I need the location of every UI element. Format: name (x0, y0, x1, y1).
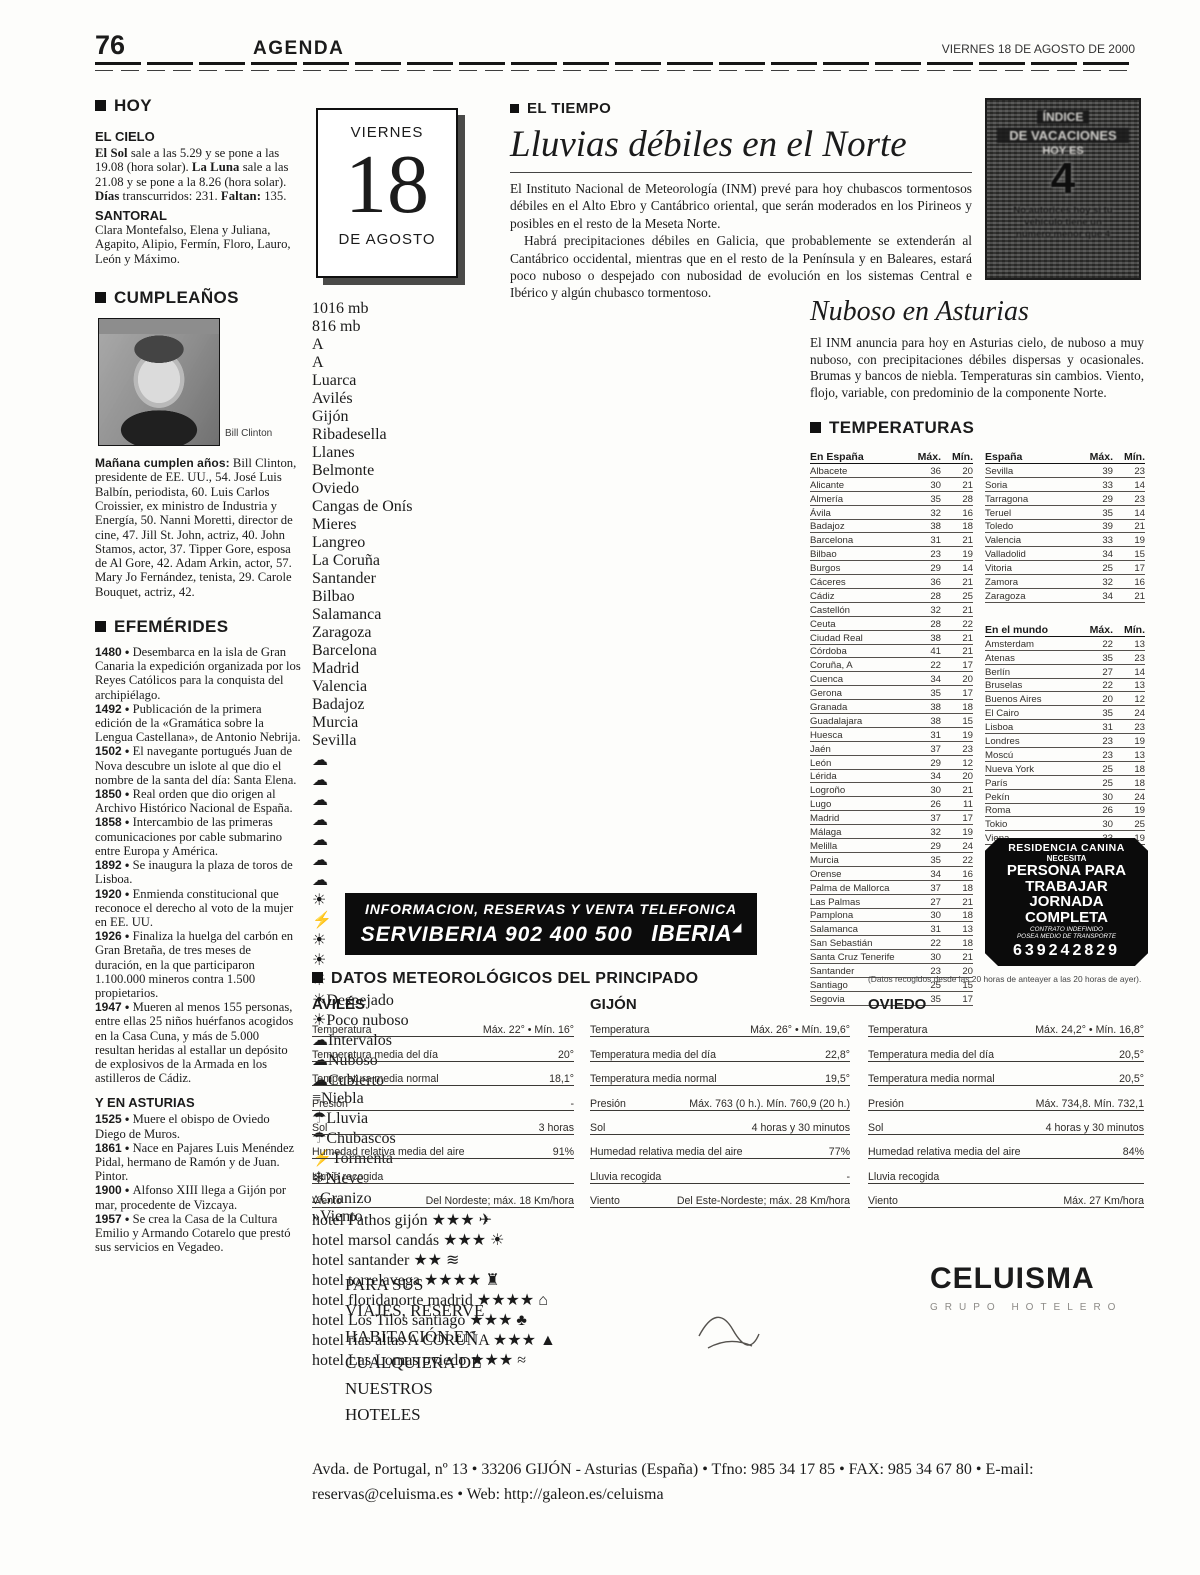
datos-row: Sol3 horas (312, 1111, 574, 1135)
temp-row: Lisboa3123 (985, 720, 1145, 734)
hoy-header: HOY (95, 96, 301, 116)
datos-note: (Datos recogidos desde las 20 horas de a… (868, 974, 1144, 984)
datos-row: Temperatura media del día20,5° (868, 1037, 1144, 1061)
map-city-label: Cangas de Onís (312, 498, 790, 516)
newspaper-page: 76 AGENDA VIERNES 18 DE AGOSTO DE 2000 H… (0, 0, 1200, 1575)
datos-row: Humedad relativa media del aire84% (868, 1135, 1144, 1159)
hotel-city: candás (396, 1232, 440, 1249)
hotel-stars: ★★★ (432, 1212, 475, 1229)
section-square-icon (312, 972, 323, 983)
canina-phone: 639242829 (985, 942, 1148, 960)
map-city-label: Oviedo (312, 480, 790, 498)
temp-row: Roma2619 (985, 804, 1145, 818)
map-city-label: Ribadesella (312, 426, 790, 444)
temp-row: Toledo3921 (985, 520, 1145, 534)
map-city-label: Llanes (312, 444, 790, 462)
hotel-ad-slogan-box: PARA SUS VIAJES, RESERVE HABITACIÓN EN C… (345, 1260, 583, 1438)
temp-row: Cuenca3420 (810, 672, 973, 686)
efemerides-item: 1892Se inaugura la plaza de toros de Lis… (95, 858, 301, 886)
weather-symbol-icon: ☁ (312, 810, 790, 830)
temp-row: Cádiz2825 (810, 589, 973, 603)
cumpleanos-photo-block: Bill Clinton (95, 318, 301, 456)
cumpleanos-lead: Mañana cumplen años: (95, 456, 230, 470)
datos-row: Sol4 horas y 30 minutos (868, 1111, 1144, 1135)
temp-row: Santa Cruz Tenerife3021 (810, 950, 973, 964)
hotel-logo-icon: ✈ (479, 1212, 492, 1229)
page-number: 76 (95, 30, 125, 61)
celuisma-logo-box: CELUISMA GRUPO HOTELERO (930, 1234, 1132, 1420)
temp-row: Nueva York2518 (985, 762, 1145, 776)
alert-footer-1: No autorices hoy si tu (987, 205, 1139, 217)
map-city-label: Langreo (312, 534, 790, 552)
map-city-label: Badajoz (312, 696, 790, 714)
efemerides-item: 1957Se crea la Casa de la Cultura Emilio… (95, 1212, 301, 1255)
map-city-label: Valencia (312, 678, 790, 696)
alert-box: ÍNDICE DE VACACIONES HOY ES 4 No autoric… (985, 98, 1141, 280)
datos-row: Temperatura media del día22,8° (590, 1037, 850, 1061)
section-square-icon (95, 100, 106, 111)
temp-row: Las Palmas2721 (810, 895, 973, 909)
nuboso-body: El INM anuncia para hoy en Asturias ciel… (810, 335, 1144, 401)
map-city-label: Mieres (312, 516, 790, 534)
asturias-list: 1525Muere el obispo de Oviedo Diego de M… (95, 1112, 301, 1254)
temp-row: Jaén3723 (810, 742, 973, 756)
efemerides-item: 1947Mueren al menos 155 personas, entre … (95, 1000, 301, 1085)
temp-row: Gerona3517 (810, 686, 973, 700)
efemerides-item: 1850Real orden que dio origen al Archivo… (95, 787, 301, 815)
map-city-label: Bilbao (312, 588, 790, 606)
tiempo-p1: El Instituto Nacional de Meteorología (I… (510, 172, 972, 232)
canina-ad: RESIDENCIA CANINA NECESITA PERSONA PARA … (985, 838, 1148, 966)
iberia-logo: IBERIA (651, 920, 732, 946)
map-city-label: Sevilla (312, 732, 790, 750)
datos-row: TemperaturaMáx. 26° • Mín. 19,6° (590, 1013, 850, 1037)
temp-table-espana-1: En EspañaMáx.Mín. Albacete3620Alicante30… (810, 448, 973, 1006)
temp-row: Tarragona2923 (985, 492, 1145, 506)
slogan-line: HABITACIÓN EN (345, 1324, 583, 1350)
map-city-label: Luarca (312, 372, 790, 390)
map-city-label: Santander (312, 570, 790, 588)
temp-row: Teruel3514 (985, 506, 1145, 520)
map-city-label: Salamanca (312, 606, 790, 624)
section-square-icon (510, 104, 519, 113)
header-rule-2 (95, 70, 1135, 71)
temp-row: Salamanca3113 (810, 922, 973, 936)
temp-row: Badajoz3818 (810, 520, 973, 534)
bill-clinton-photo (98, 318, 220, 446)
temp-row: Orense3416 (810, 867, 973, 881)
temp-row: Guadalajara3815 (810, 714, 973, 728)
tiempo-p2: Habrá precipitaciones débiles en Galicia… (510, 232, 972, 302)
temp-row: Melilla2924 (810, 839, 973, 853)
temp-row: Córdoba4121 (810, 645, 973, 659)
station-name: AVILÉS (312, 996, 574, 1013)
efemerides-list: 1480Desembarca en la isla de Gran Canari… (95, 645, 301, 1085)
isobar-label: 1016 mb (312, 300, 790, 318)
map-city-label: Avilés (312, 390, 790, 408)
temp-row: Murcia3522 (810, 853, 973, 867)
efemerides-item: 1525Muere el obispo de Oviedo Diego de M… (95, 1112, 301, 1140)
temp-row: Lugo2611 (810, 797, 973, 811)
datos-row: PresiónMáx. 763 (0 h.). Mín. 760,9 (20 h… (590, 1086, 850, 1110)
nuboso-headline: Nuboso en Asturias (810, 296, 1144, 328)
hotel-logo-icon: ☀ (490, 1232, 504, 1249)
canina-small2: POSEA MEDIO DE (1017, 933, 1071, 940)
left-column: HOY EL CIELO El Sol sale a las 5.29 y se… (95, 96, 301, 1254)
hotel-name: Pathos (348, 1212, 391, 1229)
datos-row: VientoDel Nordeste; máx. 18 Km/hora (312, 1184, 574, 1208)
temp-row: Pamplona3018 (810, 909, 973, 923)
temp-row: Castellón3221 (810, 603, 973, 617)
cumpleanos-header: CUMPLEAÑOS (95, 288, 301, 308)
datos-header: DATOS METEOROLÓGICOS DEL PRINCIPADO (312, 970, 699, 988)
temp-row: Pekín3024 (985, 790, 1145, 804)
station-name: GIJÓN (590, 996, 850, 1013)
efemerides-item: 1920Enmienda constitucional que reconoce… (95, 887, 301, 930)
temp-table-head: EspañaMáx.Mín. (985, 448, 1145, 464)
section-square-icon (810, 422, 821, 433)
temp-row: Ceuta2822 (810, 617, 973, 631)
slogan-line: NUESTROS (345, 1376, 583, 1402)
efemerides-item: 1900Alfonso XIII llega a Gijón por mar, … (95, 1183, 301, 1211)
celuisma-brand: CELUISMA (930, 1262, 1132, 1296)
isobar-label: 816 mb (312, 318, 790, 336)
calendar-day: 18 (318, 143, 456, 227)
canina-line3: PERSONA PARA (985, 863, 1148, 879)
temp-row: León2912 (810, 756, 973, 770)
datos-row: Lluvia recogida (868, 1159, 1144, 1183)
alert-line2: DE VACACIONES (997, 128, 1129, 143)
canina-small1: CONTRATO INDEFINIDO (1030, 926, 1103, 933)
temp-row: Granada3818 (810, 700, 973, 714)
map-city-label: Gijón (312, 408, 790, 426)
weather-symbol-icon: ☁ (312, 850, 790, 870)
temp-row: Londres2319 (985, 734, 1145, 748)
datos-row: Lluvia recogida (312, 1159, 574, 1183)
weather-symbol-icon: ☁ (312, 790, 790, 810)
efemerides-item: 1492Publicación de la primera edición de… (95, 702, 301, 745)
efemerides-item: 1861Nace en Pajares Luis Menéndez Pidal,… (95, 1141, 301, 1184)
datos-row: Temperatura media del día20° (312, 1037, 574, 1061)
temp-row: Vitoria2517 (985, 561, 1145, 575)
datos-row: VientoMáx. 27 Km/hora (868, 1184, 1144, 1208)
temp-row: Logroño3021 (810, 783, 973, 797)
anticyclone-label: A (312, 336, 790, 354)
datos-row: Humedad relativa media del aire91% (312, 1135, 574, 1159)
iberia-phone: SERVIBERIA 902 400 500 (361, 923, 633, 946)
temp-row: San Sebastián2218 (810, 936, 973, 950)
datos-oviedo: OVIEDO TemperaturaMáx. 24,2° • Mín. 16,8… (868, 996, 1144, 1208)
datos-row: Sol4 horas y 30 minutos (590, 1111, 850, 1135)
cumpleanos-text: Mañana cumplen años: Bill Clinton, presi… (95, 456, 301, 599)
cielo-text: El Sol sale a las 5.29 y se pone a las 1… (95, 146, 301, 203)
canina-line5: JORNADA (985, 894, 1148, 910)
cielo-subhead: EL CIELO (95, 129, 301, 144)
section-square-icon (95, 621, 106, 632)
tiempo-headline: Lluvias débiles en el Norte (510, 123, 972, 166)
temperaturas-header: TEMPERATURAS (810, 418, 974, 438)
slogan-line: CUALQUIERA DE (345, 1350, 583, 1376)
datos-row: PresiónMáx. 734,8. Mín. 732,1 (868, 1086, 1144, 1110)
section-square-icon (95, 292, 106, 303)
temp-table-head: En EspañaMáx.Mín. (810, 448, 973, 464)
temp-row: Ciudad Real3821 (810, 631, 973, 645)
slogan-line: HOTELES (345, 1402, 583, 1428)
datos-row: Temperatura media normal18,1° (312, 1062, 574, 1086)
datos-row: Humedad relativa media del aire77% (590, 1135, 850, 1159)
alert-footer-3: número menor que 4 (987, 229, 1139, 241)
datos-row: Temperatura media normal19,5° (590, 1062, 850, 1086)
temp-row: Atenas3523 (985, 651, 1145, 665)
weather-map: 1016 mb816 mb AA LuarcaAvilésGijónRibade… (312, 300, 790, 888)
alert-line1: ÍNDICE (1037, 110, 1090, 124)
santoral-subhead: SANTORAL (95, 208, 301, 223)
weather-symbol-icon: ☁ (312, 830, 790, 850)
efemerides-item: 1502El navegante portugués Juan de Nova … (95, 744, 301, 787)
temp-row: Valencia3319 (985, 533, 1145, 547)
iberia-crown-icon: ◢ (732, 920, 741, 934)
section-title: AGENDA (253, 38, 344, 60)
slogan-line: PARA SUS (345, 1272, 583, 1298)
asturias-subhead: Y EN ASTURIAS (95, 1095, 301, 1110)
celuisma-sub: GRUPO HOTELERO (930, 1302, 1132, 1313)
canina-small3: TRANSPORTE (1073, 933, 1116, 940)
hotel-logo-card: hotel Pathos gijón ★★★ ✈ (312, 1210, 1140, 1230)
temp-row: Berlín2714 (985, 665, 1145, 679)
datos-aviles: AVILÉS TemperaturaMáx. 22° • Mín. 16°Tem… (312, 996, 574, 1208)
temp-row: Albacete3620 (810, 464, 973, 478)
temp-table-espana-2: EspañaMáx.Mín. Sevilla3923Soria3314Tarra… (985, 448, 1145, 845)
temp-row: París2518 (985, 776, 1145, 790)
datos-row: Lluvia recogida- (590, 1159, 850, 1183)
tiempo-block: EL TIEMPO Lluvias débiles en el Norte El… (510, 100, 972, 302)
hotel-ad-address: Avda. de Portugal, nº 13 • 33206 GIJÓN -… (312, 1457, 1140, 1482)
temp-row: Málaga3219 (810, 825, 973, 839)
temp-row: Lérida3420 (810, 770, 973, 784)
temp-row: Bilbao2319 (810, 547, 973, 561)
alert-footer-2: vehículo tiene un (987, 217, 1139, 229)
temp-row: Coruña, A2217 (810, 658, 973, 672)
temp-row: El Cairo3524 (985, 706, 1145, 720)
handwritten-flourish (694, 1302, 764, 1358)
canina-title: RESIDENCIA CANINA (985, 842, 1148, 854)
nuboso-block: Nuboso en Asturias El INM anuncia para h… (810, 296, 1144, 401)
station-name: OVIEDO (868, 996, 1144, 1013)
weather-symbol-icon: ☁ (312, 750, 790, 770)
efemerides-header: EFEMÉRIDES (95, 617, 301, 637)
temp-row: Madrid3717 (810, 811, 973, 825)
map-city-label: Belmonte (312, 462, 790, 480)
temp-row: Sevilla3923 (985, 464, 1145, 478)
weather-symbol-icon: ☁ (312, 770, 790, 790)
iberia-line1: INFORMACION, RESERVAS Y VENTA TELEFONICA (345, 901, 757, 917)
map-city-label: Barcelona (312, 642, 790, 660)
santoral-text: Clara Montefalso, Elena y Juliana, Agapi… (95, 223, 301, 266)
temp-row: Soria3314 (985, 478, 1145, 492)
edition-date: VIERNES 18 DE AGOSTO DE 2000 (735, 42, 1135, 56)
temp-row: Bruselas2213 (985, 679, 1145, 693)
map-city-label: Murcia (312, 714, 790, 732)
efemerides-item: 1480Desembarca en la isla de Gran Canari… (95, 645, 301, 702)
temp-row: Zaragoza3421 (985, 589, 1145, 603)
map-city-label: Madrid (312, 660, 790, 678)
temp-row: Barcelona3121 (810, 533, 973, 547)
temp-row: Buenos Aires2012 (985, 692, 1145, 706)
weather-symbol-icon: ☁ (312, 870, 790, 890)
efemerides-item: 1926Finaliza la huelga del carbón en Gra… (95, 929, 301, 1000)
datos-row: TemperaturaMáx. 24,2° • Mín. 16,8° (868, 1013, 1144, 1037)
temp-row: Zamora3216 (985, 575, 1145, 589)
efemerides-item: 1858Intercambio de las primeras comunica… (95, 815, 301, 858)
temp-row: Tokio3025 (985, 817, 1145, 831)
temp-row: Alicante3021 (810, 478, 973, 492)
header-rule (95, 62, 1135, 65)
canina-line4: TRABAJAR (985, 879, 1148, 895)
datos-row: Presión- (312, 1086, 574, 1110)
temp-row: Burgos2914 (810, 561, 973, 575)
temp-row: Amsterdam2213 (985, 637, 1145, 651)
temp-row: Cáceres3621 (810, 575, 973, 589)
temp-row: Moscú2313 (985, 748, 1145, 762)
temp-row: Palma de Mallorca3718 (810, 881, 973, 895)
datos-row: TemperaturaMáx. 22° • Mín. 16° (312, 1013, 574, 1037)
datos-row: VientoDel Este-Nordeste; máx. 28 Km/hora (590, 1184, 850, 1208)
slogan-line: VIAJES, RESERVE (345, 1298, 583, 1324)
hotel-city: gijón (395, 1212, 428, 1229)
calendar-month: DE AGOSTO (318, 231, 456, 248)
anticyclone-label: A (312, 354, 790, 372)
temp-row: Valladolid3415 (985, 547, 1145, 561)
hotel-stars: ★★★ (443, 1232, 486, 1249)
map-city-label: La Coruña (312, 552, 790, 570)
iberia-line2-wrap: SERVIBERIA 902 400 500 IBERIA◢ (345, 920, 757, 947)
iberia-ad: INFORMACION, RESERVAS Y VENTA TELEFONICA… (345, 893, 757, 955)
temp-row: Ávila3216 (810, 506, 973, 520)
photo-caption: Bill Clinton (225, 428, 272, 439)
alert-number: 4 (987, 157, 1139, 201)
calendar-box: VIERNES 18 DE AGOSTO (316, 108, 458, 278)
temp-row: Huesca3119 (810, 728, 973, 742)
canina-line6: COMPLETA (985, 910, 1148, 926)
temp-table-mundo-head: En el mundoMáx.Mín. (985, 621, 1145, 637)
tiempo-header: EL TIEMPO (510, 100, 972, 117)
temp-row: Almería3528 (810, 492, 973, 506)
hotel-name: marsol (348, 1232, 392, 1249)
datos-row: Temperatura media normal20,5° (868, 1062, 1144, 1086)
datos-gijon: GIJÓN TemperaturaMáx. 26° • Mín. 19,6°Te… (590, 996, 850, 1208)
celuisma-hotel-ad: PARA SUS VIAJES, RESERVE HABITACIÓN EN C… (312, 1210, 1140, 1482)
map-city-label: Zaragoza (312, 624, 790, 642)
